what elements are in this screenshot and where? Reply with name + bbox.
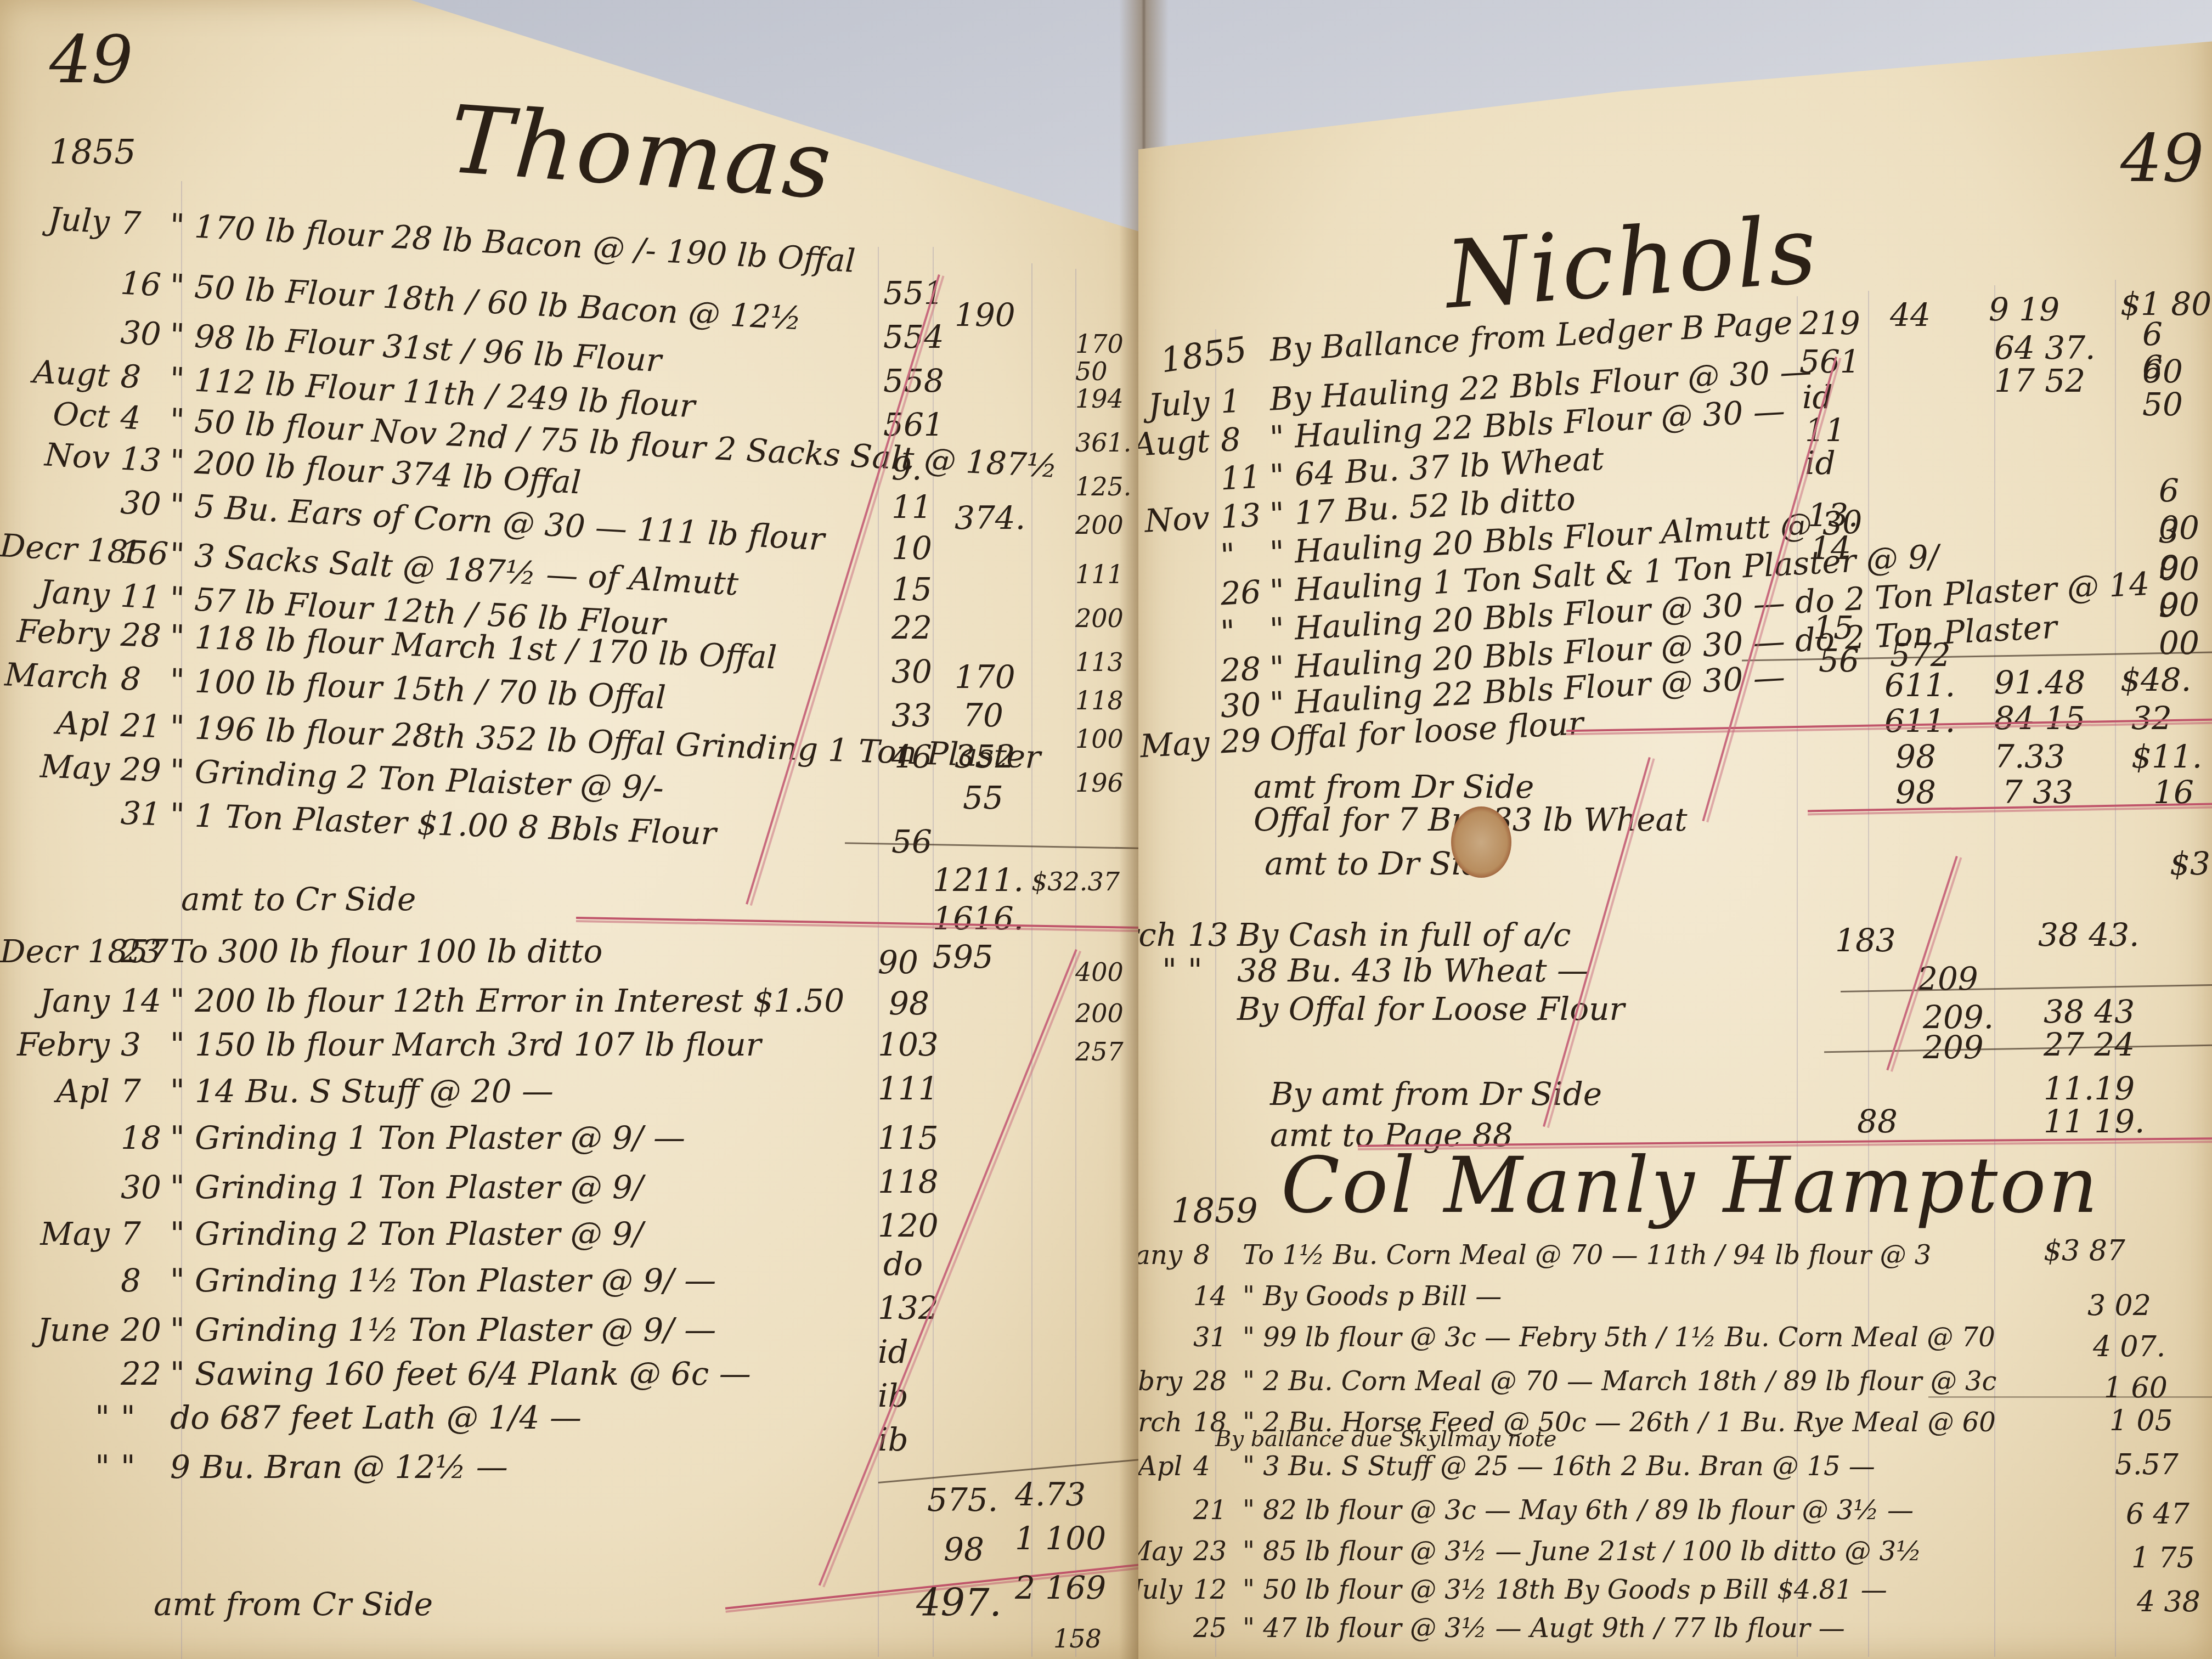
- total-value: 98: [944, 1531, 984, 1568]
- column-c-value: 6 50: [2142, 348, 2212, 423]
- amount-column-rule: [1994, 285, 1995, 1657]
- column-b-value: 91.48: [1994, 664, 2085, 701]
- ref-number: 15: [1813, 609, 1854, 646]
- total-value: 575.: [927, 1481, 998, 1519]
- ref-number: 33: [891, 697, 932, 734]
- total-value: 1 100: [1015, 1520, 1106, 1557]
- ledger-entry: ""do 687 feet Lath @ 1/4 —: [0, 1399, 582, 1436]
- account-amount: 1 60: [2104, 1372, 2168, 1404]
- ledger-entry: March13By Cash in full of a/c: [1138, 916, 1571, 953]
- ref-number: 554: [883, 318, 944, 356]
- ref-number: 132: [878, 1289, 939, 1327]
- offal-value: 55: [963, 779, 1003, 816]
- ledger-entry: Apl4" 3 Bu. S Stuff @ 25 — 16th 2 Bu. Br…: [1138, 1451, 1875, 1482]
- ledger-note: By ballance due Skyllmay note: [1215, 1426, 1556, 1452]
- account-year: 1855: [49, 132, 136, 172]
- ledger-entry: May23" 85 lb flour @ 3½ — June 21st / 10…: [1138, 1536, 1922, 1567]
- account-name-heading: Col Manly Hampton: [1281, 1141, 2100, 1231]
- column-b-value: 7.33: [1994, 738, 2065, 775]
- ref-number: id: [878, 1333, 909, 1370]
- ledger-entry: 30" Grinding 1 Ton Plaster @ 9/: [0, 1169, 644, 1206]
- ledger-entry: 31" 99 lb flour @ 3c — Febry 5th / 1½ Bu…: [1138, 1322, 1995, 1353]
- account-name-heading: Thomas: [447, 86, 837, 221]
- total-value: 497.: [916, 1580, 1002, 1625]
- column-a-value: 611.: [1884, 667, 1955, 704]
- page-number: 49: [2120, 121, 2204, 197]
- ledger-entry: 14" By Goods p Bill —: [1138, 1281, 1502, 1312]
- ref-number: 111: [878, 1070, 939, 1107]
- ref-number: 14: [1810, 529, 1851, 567]
- closing-label: amt from Cr Side: [154, 1585, 433, 1623]
- flour-value: 100: [1075, 724, 1124, 754]
- ref-number: 103: [878, 1026, 939, 1063]
- total-value: $32.37: [1031, 867, 1120, 896]
- column-a-value: 611.: [1884, 702, 1955, 740]
- subtotal-rule: [1928, 1396, 2212, 1398]
- offal-value: 170: [955, 658, 1015, 696]
- ref-number: 46: [891, 738, 932, 775]
- column-c-value: $11.: [2131, 738, 2202, 775]
- subtotal-rule: [1841, 984, 2212, 992]
- ledger-entry: Jany8To 1½ Bu. Corn Meal @ 70 — 11th / 9…: [1138, 1240, 1931, 1271]
- ledger-entry: May7" Grinding 2 Ton Plaster @ 9/: [0, 1215, 644, 1252]
- ref-number: 90: [878, 944, 918, 981]
- total-value: 400: [1075, 957, 1124, 987]
- offal-value: 352: [955, 738, 1015, 775]
- account-amount: 4 38: [2137, 1585, 2200, 1618]
- flour-value: 50: [1075, 357, 1108, 386]
- flour-value: 200: [1075, 510, 1124, 540]
- total-value: 2 169: [1015, 1569, 1106, 1606]
- wheat-value: 38 43: [2044, 993, 2135, 1030]
- ledger-entry: Decr 185723To 300 lb flour 100 lb ditto: [0, 933, 602, 970]
- ref-number: 56: [1819, 642, 1859, 679]
- subtotal-label: amt to Cr Side: [181, 881, 416, 918]
- total-value: 1616.: [933, 900, 1024, 937]
- flour-value: 196: [1075, 768, 1124, 798]
- wheat-value: 11 19.: [2044, 1103, 2145, 1140]
- ledger-entry: 22" Sawing 160 feet 6/4 Plank @ 6c —: [0, 1355, 751, 1392]
- ref-number: 118: [878, 1163, 939, 1200]
- column-b-value: 17 52: [1994, 362, 2085, 399]
- red-total-rule: [576, 917, 1141, 929]
- flour-value: 111: [1075, 560, 1124, 589]
- offal-value: 374.: [955, 499, 1025, 537]
- column-b-value: 64 37.: [1994, 329, 2095, 366]
- total-value: 1211.: [933, 861, 1024, 899]
- ref-number: 115: [878, 1119, 939, 1156]
- account-amount: 3 02: [2087, 1289, 2151, 1322]
- wheat-value: 11.19: [2044, 1070, 2135, 1107]
- flour-value: 200: [1075, 603, 1124, 633]
- ref-number: 9.: [891, 450, 922, 487]
- subtotal-rule: [1824, 1045, 2212, 1053]
- flour-value: 194: [1075, 384, 1124, 414]
- ref-number: 30: [891, 653, 932, 690]
- ref-number: 56: [891, 823, 932, 860]
- ledger-entry: 8" Grinding 1½ Ton Plaster @ 9/ —: [0, 1262, 716, 1299]
- column-b-value: 84 15: [1994, 699, 2085, 737]
- column-c-value: $48.: [2120, 661, 2191, 698]
- cash-value: 88: [1857, 1103, 1898, 1140]
- account-amount: 4 07.: [2093, 1330, 2165, 1363]
- cash-value: 209: [1923, 1029, 1984, 1066]
- column-c-value: 9 00: [2159, 587, 2212, 662]
- ref-number: 15: [891, 571, 932, 608]
- ref-number: 10: [891, 529, 932, 567]
- ref-number: 22: [891, 609, 932, 646]
- account-amount: 1 05: [2109, 1404, 2173, 1437]
- ledger-entry: Febry28" 2 Bu. Corn Meal @ 70 — March 18…: [1138, 1366, 1996, 1397]
- ledger-entry: ""9 Bu. Bran @ 12½ —: [0, 1448, 508, 1486]
- total-value: 200: [1075, 998, 1124, 1028]
- flour-value: 118: [1075, 686, 1124, 715]
- column-a-value: 98: [1895, 738, 1936, 775]
- account-amount: $3 87: [2044, 1234, 2125, 1267]
- flour-value: 170: [1075, 329, 1124, 359]
- wheat-value: 38 43.: [2038, 916, 2139, 953]
- ledger-entry: 25" 47 lb flour @ 3½ — Augt 9th / 77 lb …: [1138, 1613, 1845, 1644]
- ref-number: do: [883, 1245, 923, 1283]
- left-ledger-page: 49 1855 Thomas July7" 170 lb flour 28 lb…: [0, 0, 1141, 1659]
- ref-number: 98: [889, 985, 929, 1022]
- total-value: 4.73: [1015, 1476, 1086, 1513]
- ledger-entry: ""38 Bu. 43 lb Wheat —: [1138, 952, 1589, 989]
- open-ledger-book: 49 1855 Thomas July7" 170 lb flour 28 lb…: [0, 0, 2212, 1659]
- ledger-entry: Febry3" 150 lb flour March 3rd 107 lb fl…: [0, 1026, 761, 1063]
- paper-stain: [1451, 806, 1511, 878]
- ledger-entry: Jany14" 200 lb flour 12th Error in Inter…: [0, 982, 844, 1019]
- ledger-entry: 18" Grinding 1 Ton Plaster @ 9/ —: [0, 1119, 685, 1156]
- account-amount: 1 75: [2131, 1542, 2195, 1575]
- ref-number: 219: [1799, 304, 1860, 342]
- ledger-entry: 21" 82 lb flour @ 3c — May 6th / 89 lb f…: [1138, 1495, 1914, 1526]
- ledger-entry: Apl7" 14 Bu. S Stuff @ 20 —: [0, 1073, 554, 1110]
- column-c-value: 32: [2131, 699, 2172, 737]
- ref-number: 558: [883, 362, 944, 399]
- column-a-value: 98: [1895, 774, 1936, 811]
- column-b-value: 9 19: [1989, 291, 2059, 328]
- account-year: 1859: [1171, 1190, 1258, 1231]
- column-a-value: 44: [1890, 296, 1931, 334]
- column-c-value: $3: [2170, 845, 2210, 882]
- total-value: 257: [1075, 1037, 1124, 1066]
- ledger-entry: June20" Grinding 1½ Ton Plaster @ 9/ —: [0, 1311, 716, 1348]
- ref-number: 13.: [1808, 496, 1858, 534]
- sub-label: amt from Dr Side: [1254, 768, 1534, 805]
- flour-value: 113: [1075, 647, 1124, 677]
- wheat-value: 27 24: [2044, 1026, 2135, 1063]
- right-ledger-page: 49 Nichols 1855 By Ballance from Ledger …: [1138, 0, 2212, 1659]
- page-number: 49: [49, 22, 133, 98]
- ref-number: 551: [883, 274, 944, 312]
- offal-value: 190: [955, 296, 1015, 334]
- total-value: 158: [1053, 1624, 1102, 1654]
- ref-number: 120: [878, 1207, 939, 1244]
- offal-value: 70: [963, 697, 1003, 734]
- subtotal-rule: [878, 1459, 1141, 1483]
- cash-value: 183: [1835, 922, 1896, 959]
- cash-value: 209: [1917, 960, 1978, 997]
- ledger-entry: By Offal for Loose Flour: [1138, 990, 1624, 1028]
- account-amount: 5.57: [2115, 1448, 2179, 1481]
- ledger-entry: July12" 50 lb flour @ 3½ 18th By Goods p…: [1138, 1575, 1887, 1605]
- subtotal-rule: [845, 842, 1141, 849]
- ref-number: ib: [878, 1377, 909, 1414]
- total-value: 595: [933, 938, 994, 975]
- account-amount: 6 47: [2126, 1498, 2190, 1531]
- ref-number: 11: [891, 488, 932, 526]
